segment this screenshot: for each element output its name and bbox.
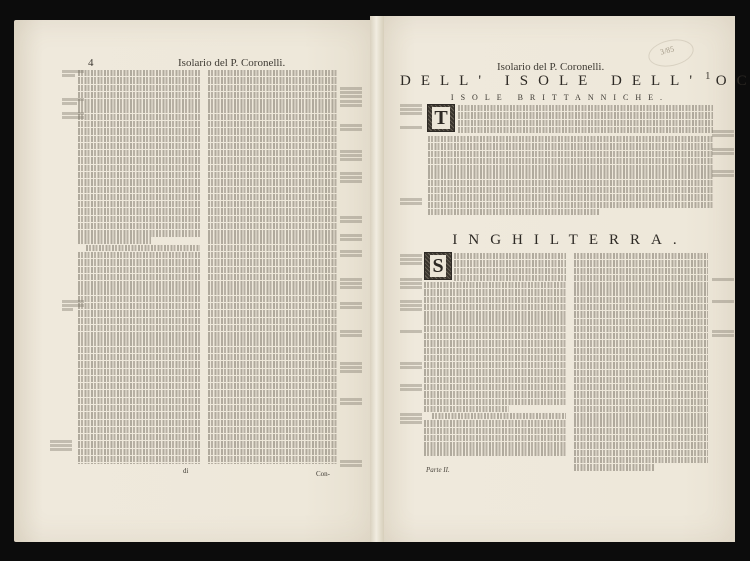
left-running-head: Isolario del P. Coronelli. <box>178 57 285 69</box>
book-gutter <box>370 16 384 542</box>
decorative-initial-s: S <box>424 252 452 280</box>
section-heading: INGHILTERRA. <box>430 232 710 249</box>
chapter-subtitle: ISOLE BRITTANNICHE. <box>400 93 720 102</box>
signature-mark: Parte II. <box>426 466 450 474</box>
left-catchword: di <box>183 467 188 475</box>
left-column-2 <box>208 70 338 464</box>
right-column-2 <box>574 253 708 481</box>
right-running-head: Isolario del P. Coronelli. <box>497 61 604 73</box>
left-column-1 <box>78 70 200 464</box>
chapter-title: DELL' ISOLE DELL' OCEANO. <box>400 73 720 90</box>
intro-paragraph-top <box>458 105 713 135</box>
section-paragraph-top <box>454 253 566 281</box>
decorative-initial-t: T <box>427 104 455 132</box>
right-column-1 <box>424 282 566 462</box>
intro-paragraph <box>428 136 713 228</box>
left-page-number: 4 <box>88 57 94 69</box>
left-bottom-catchword: Con- <box>316 470 330 478</box>
